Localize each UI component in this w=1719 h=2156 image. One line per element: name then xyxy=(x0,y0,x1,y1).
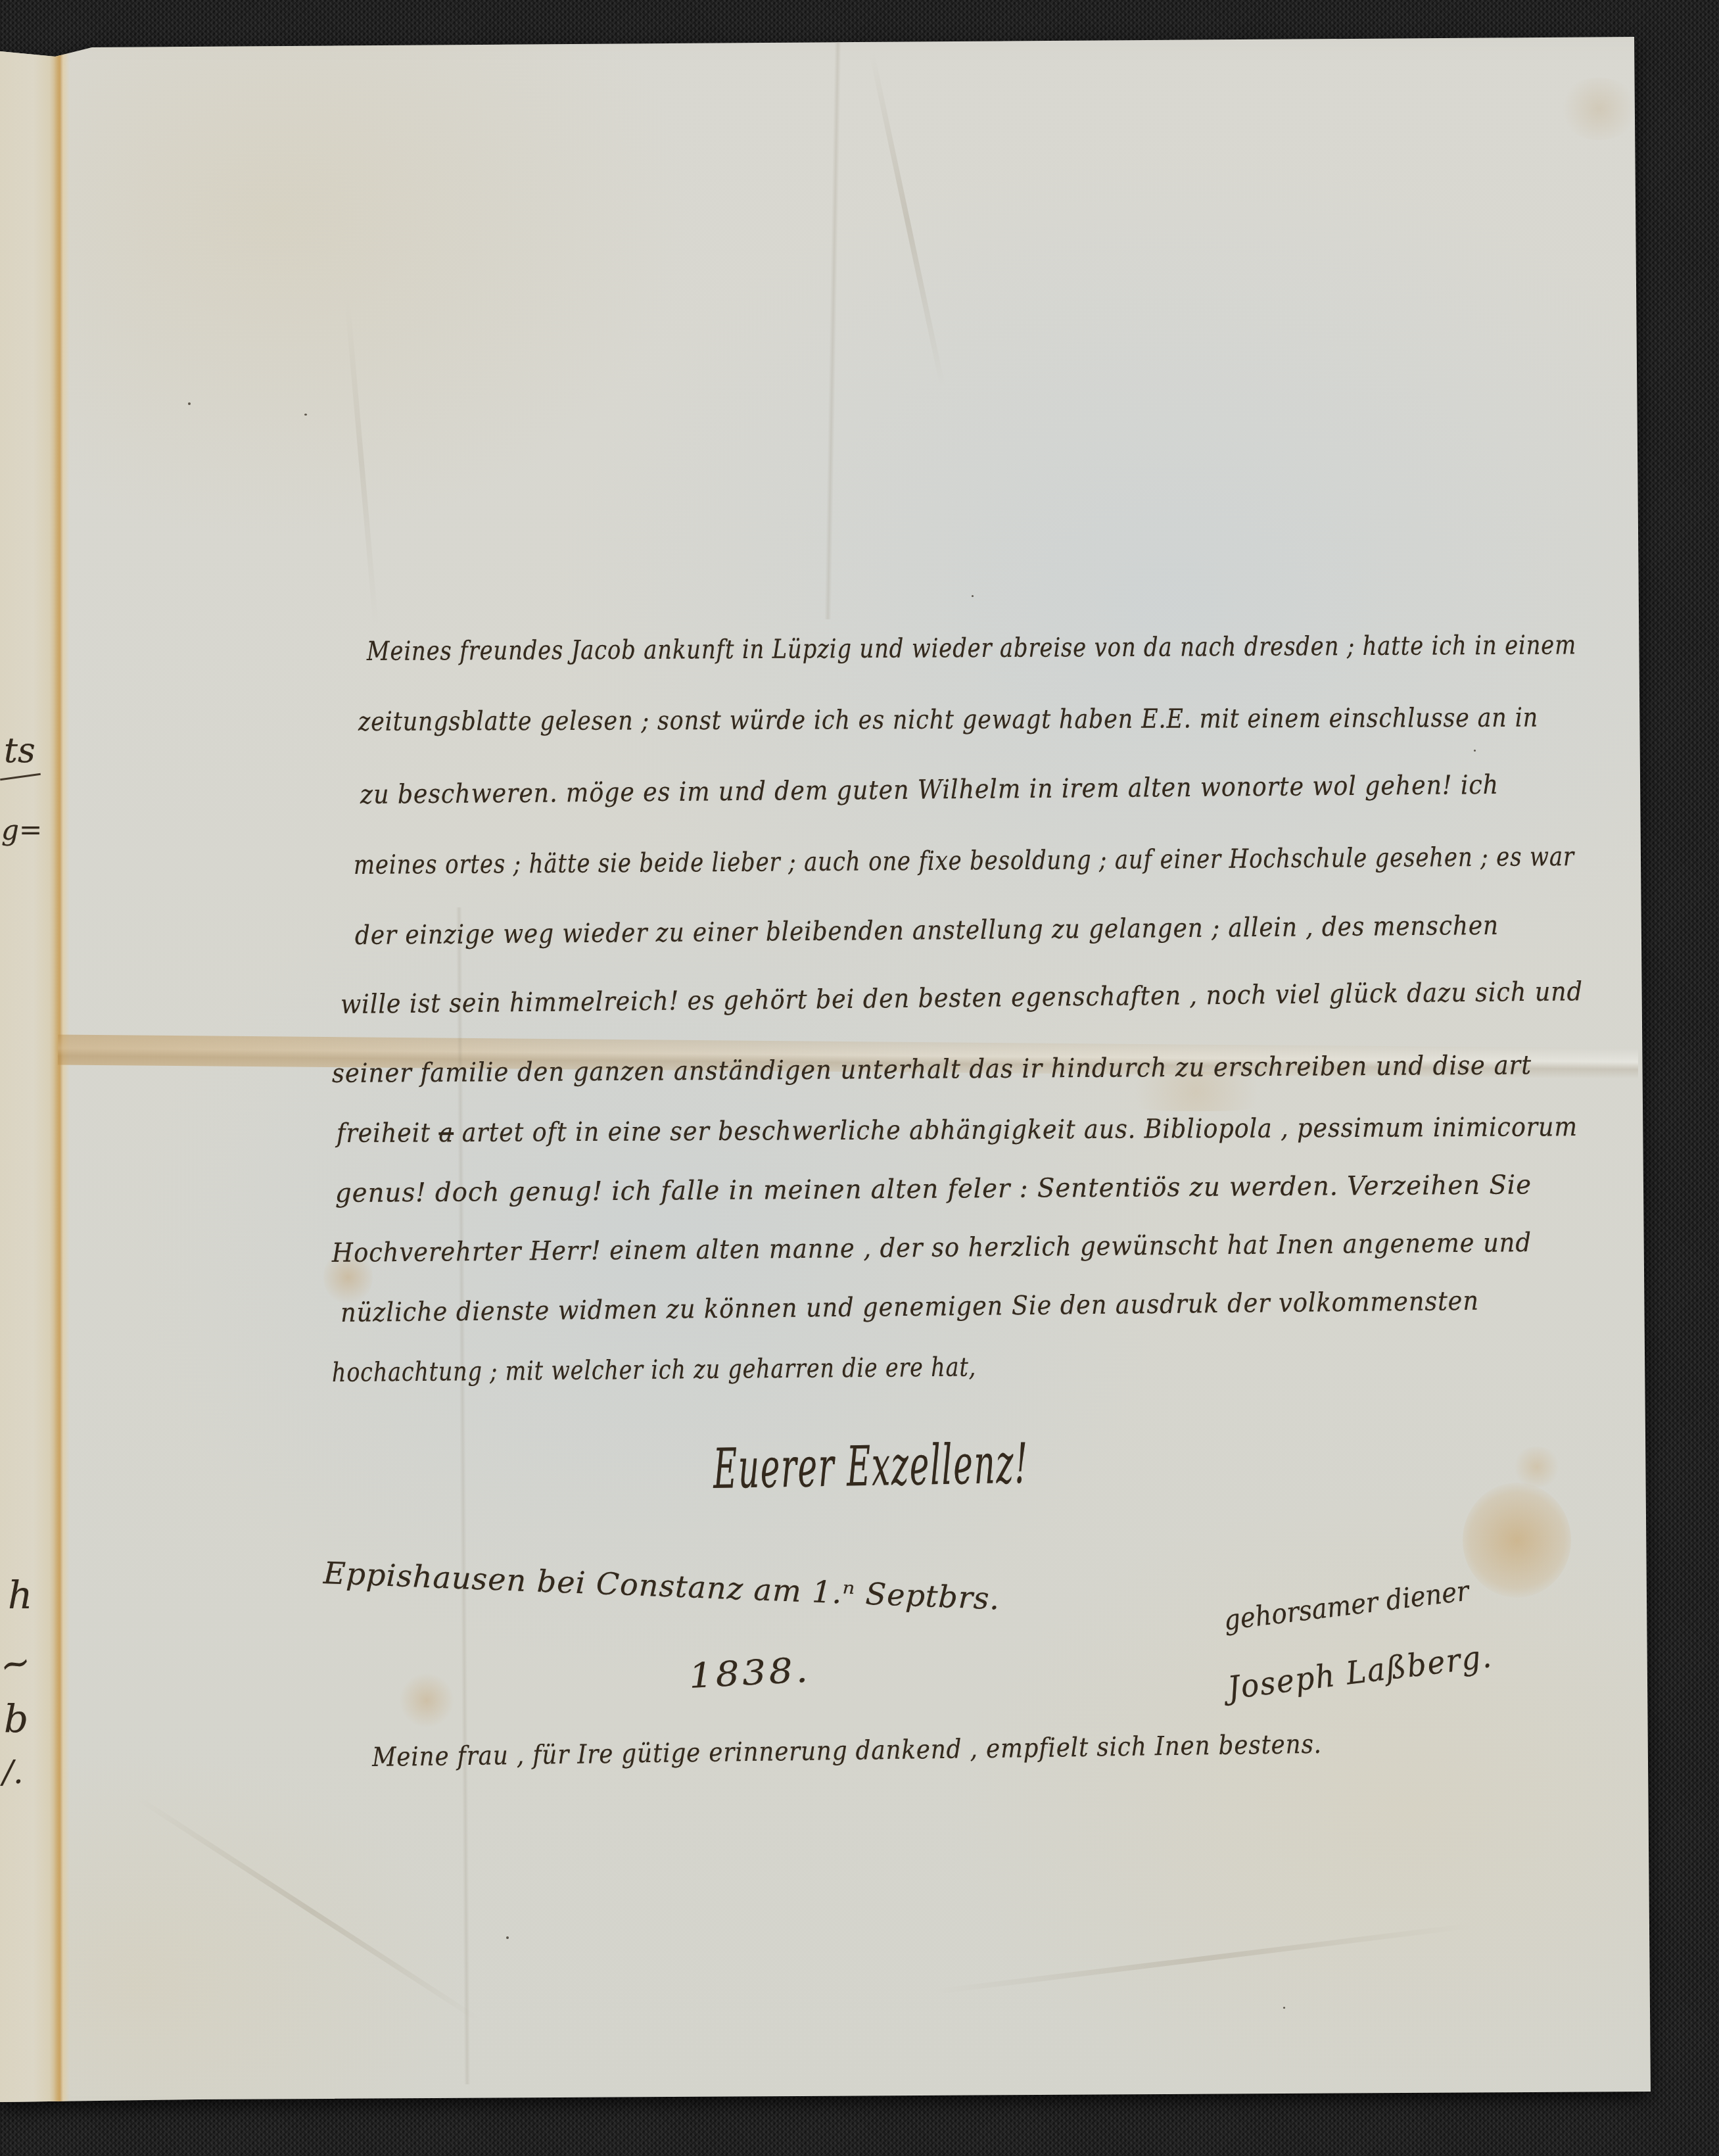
ink-speck xyxy=(188,402,191,405)
paper-wrinkle xyxy=(935,1923,1471,1994)
facing-page-edge xyxy=(0,39,60,2104)
signature-name: Joseph Laßberg. xyxy=(1226,1638,1495,1707)
dateline: Eppishausen bei Constanz am 1.ⁿ Septbrs. xyxy=(323,1555,1001,1616)
manuscript-line: nüzliche dienste widmen zu können und ge… xyxy=(341,1286,1479,1328)
margin-fragment: ts xyxy=(4,731,35,771)
salutation: Euerer Exzellenz! xyxy=(713,1431,1029,1501)
manuscript-line: meines ortes ; hätte sie beide lieber ; … xyxy=(354,842,1574,880)
manuscript-line: zeitungsblatte gelesen ; sonst würde ich… xyxy=(358,703,1538,737)
letter-sheet-wrap: ts g= h ~ b /. Meines freundes Jacob ank… xyxy=(0,0,1719,2156)
paper-wrinkle xyxy=(869,52,945,387)
manuscript-line: Hochverehrter Herr! einem alten manne , … xyxy=(332,1228,1532,1268)
left-fold-crease xyxy=(54,37,70,2103)
ink-speck xyxy=(506,1936,509,1939)
margin-fragment: h xyxy=(8,1573,32,1617)
ink-stain xyxy=(400,1673,454,1727)
paper-wrinkle xyxy=(137,1796,481,2023)
margin-fragment: /. xyxy=(3,1754,23,1791)
manuscript-line: wille ist sein himmelreich! es gehört be… xyxy=(341,976,1583,1020)
struck-word: a xyxy=(438,1118,454,1148)
manuscript-line: Meines freundes Jacob ankunft in Lüpzig … xyxy=(367,630,1576,667)
manuscript-line-part: artet oft in eine ser beschwerliche abhä… xyxy=(454,1112,1578,1148)
ink-speck xyxy=(1474,750,1476,752)
ink-speck xyxy=(1283,2007,1285,2009)
dateline-year: 1838. xyxy=(688,1650,811,1696)
photo-backdrop: ts g= h ~ b /. Meines freundes Jacob ank… xyxy=(0,0,1719,2156)
ink-speck xyxy=(304,414,307,416)
manuscript-line-part: freiheit xyxy=(337,1118,439,1149)
margin-fragment: b xyxy=(4,1696,28,1741)
ink-stain xyxy=(1463,1483,1571,1598)
manuscript-line: der einzige weg wieder zu einer bleibend… xyxy=(355,911,1499,951)
vertical-crease-upper xyxy=(824,41,841,619)
manuscript-line: genus! doch genug! ich falle in meinen a… xyxy=(335,1170,1532,1209)
signature-closing: gehorsamer diener xyxy=(1222,1574,1471,1636)
manuscript-line: hochachtung ; mit welcher ich zu geharre… xyxy=(332,1352,976,1388)
ink-speck xyxy=(972,595,974,597)
manuscript-line: freiheit a artet oft in eine ser beschwe… xyxy=(337,1112,1578,1149)
ink-stain xyxy=(1512,1447,1561,1487)
letter-page: ts g= h ~ b /. Meines freundes Jacob ank… xyxy=(0,0,1719,2156)
ink-stain xyxy=(1558,78,1640,140)
manuscript-line: zu beschweren. möge es im und dem guten … xyxy=(360,770,1499,810)
postscript: Meine frau , für Ire gütige erinnerung d… xyxy=(372,1729,1323,1773)
margin-fragment: g= xyxy=(1,814,42,846)
paper-wrinkle xyxy=(344,299,379,627)
